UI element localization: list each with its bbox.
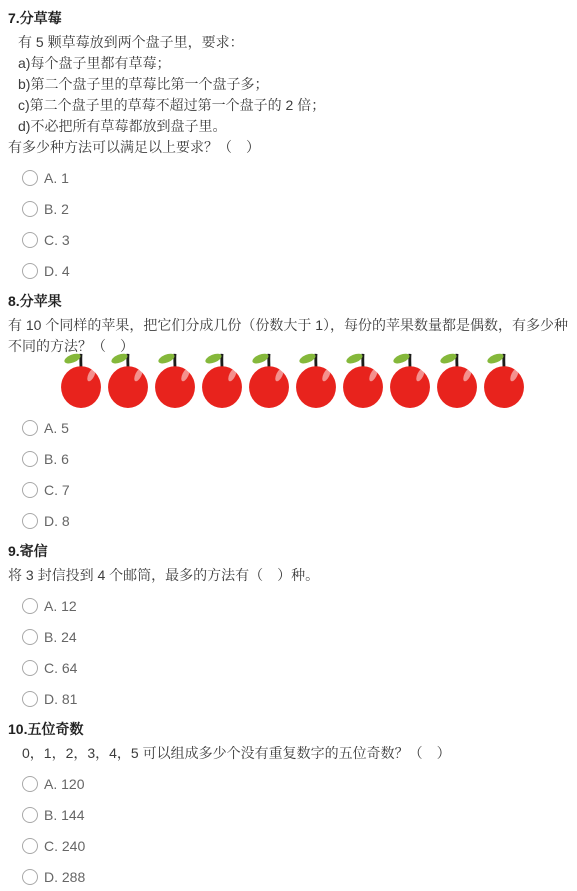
radio-button[interactable] <box>22 838 38 854</box>
option-row-c[interactable]: C. 240 <box>22 838 569 854</box>
options-list: A. 5 B. 6 C. 7 D. 8 <box>8 420 569 529</box>
apple-icon <box>483 351 525 408</box>
apple-icon <box>107 351 149 408</box>
option-row-b[interactable]: B. 6 <box>22 451 569 467</box>
question-text-line: 有 5 颗草莓放到两个盘子里，要求： <box>8 32 569 53</box>
option-label: C. 7 <box>44 482 70 498</box>
option-row-b[interactable]: B. 2 <box>22 201 569 217</box>
option-label: B. 24 <box>44 629 77 645</box>
question-9: 9.寄信 将 3 封信投到 4 个邮筒，最多的方法有（ ）种。 A. 12 B.… <box>8 541 569 707</box>
radio-button[interactable] <box>22 513 38 529</box>
options-list: A. 12 B. 24 C. 64 D. 81 <box>8 598 569 707</box>
option-row-a[interactable]: A. 5 <box>22 420 569 436</box>
apple-icon <box>342 351 384 408</box>
option-label: B. 144 <box>44 807 84 823</box>
option-label: D. 81 <box>44 691 77 707</box>
option-label: A. 1 <box>44 170 69 186</box>
option-label: C. 3 <box>44 232 70 248</box>
question-text-line: b)第二个盘子里的草莓比第一个盘子多； <box>8 74 569 95</box>
option-label: A. 5 <box>44 420 69 436</box>
question-title: 7.分草莓 <box>8 8 569 28</box>
option-label: B. 2 <box>44 201 69 217</box>
question-text-line: a)每个盘子里都有草莓； <box>8 53 569 74</box>
option-label: D. 4 <box>44 263 70 279</box>
radio-button[interactable] <box>22 869 38 885</box>
apple-icon <box>60 351 102 408</box>
radio-button[interactable] <box>22 660 38 676</box>
option-label: D. 8 <box>44 513 70 529</box>
radio-button[interactable] <box>22 691 38 707</box>
option-row-a[interactable]: A. 120 <box>22 776 569 792</box>
radio-button[interactable] <box>22 598 38 614</box>
apple-icon <box>201 351 243 408</box>
quiz-page: 7.分草莓 有 5 颗草莓放到两个盘子里，要求： a)每个盘子里都有草莓； b)… <box>8 8 569 885</box>
apple-icon <box>389 351 431 408</box>
apples-image <box>60 351 569 408</box>
option-label: A. 120 <box>44 776 84 792</box>
option-row-a[interactable]: A. 12 <box>22 598 569 614</box>
question-7: 7.分草莓 有 5 颗草莓放到两个盘子里，要求： a)每个盘子里都有草莓； b)… <box>8 8 569 279</box>
option-row-c[interactable]: C. 64 <box>22 660 569 676</box>
radio-button[interactable] <box>22 201 38 217</box>
question-title: 9.寄信 <box>8 541 569 561</box>
radio-button[interactable] <box>22 170 38 186</box>
radio-button[interactable] <box>22 232 38 248</box>
option-row-d[interactable]: D. 81 <box>22 691 569 707</box>
option-row-d[interactable]: D. 288 <box>22 869 569 885</box>
question-title: 10.五位奇数 <box>8 719 569 739</box>
option-label: B. 6 <box>44 451 69 467</box>
option-row-d[interactable]: D. 4 <box>22 263 569 279</box>
option-label: D. 288 <box>44 869 85 885</box>
option-row-b[interactable]: B. 144 <box>22 807 569 823</box>
apple-icon <box>248 351 290 408</box>
radio-button[interactable] <box>22 482 38 498</box>
radio-button[interactable] <box>22 451 38 467</box>
radio-button[interactable] <box>22 263 38 279</box>
question-8: 8.分苹果 有 10 个同样的苹果，把它们分成几份（份数大于 1），每份的苹果数… <box>8 291 569 529</box>
options-list: A. 120 B. 144 C. 240 D. 288 <box>8 776 569 885</box>
option-label: C. 64 <box>44 660 77 676</box>
radio-button[interactable] <box>22 776 38 792</box>
option-row-a[interactable]: A. 1 <box>22 170 569 186</box>
question-text-line: 有多少种方法可以满足以上要求？（ ） <box>8 137 569 158</box>
radio-button[interactable] <box>22 420 38 436</box>
option-row-b[interactable]: B. 24 <box>22 629 569 645</box>
option-row-d[interactable]: D. 8 <box>22 513 569 529</box>
apple-icon <box>436 351 478 408</box>
question-text-line: 将 3 封信投到 4 个邮筒，最多的方法有（ ）种。 <box>8 565 569 586</box>
options-list: A. 1 B. 2 C. 3 D. 4 <box>8 170 569 279</box>
radio-button[interactable] <box>22 629 38 645</box>
option-label: A. 12 <box>44 598 77 614</box>
question-10: 10.五位奇数 0，1，2，3，4，5 可以组成多少个没有重复数字的五位奇数？（… <box>8 719 569 885</box>
question-text-line: d)不必把所有草莓都放到盘子里。 <box>8 116 569 137</box>
question-text-line: c)第二个盘子里的草莓不超过第一个盘子的 2 倍； <box>8 95 569 116</box>
option-label: C. 240 <box>44 838 85 854</box>
apple-icon <box>295 351 337 408</box>
question-text-line: 0，1，2，3，4，5 可以组成多少个没有重复数字的五位奇数？（ ） <box>8 743 569 764</box>
option-row-c[interactable]: C. 7 <box>22 482 569 498</box>
radio-button[interactable] <box>22 807 38 823</box>
apple-icon <box>154 351 196 408</box>
question-title: 8.分苹果 <box>8 291 569 311</box>
option-row-c[interactable]: C. 3 <box>22 232 569 248</box>
